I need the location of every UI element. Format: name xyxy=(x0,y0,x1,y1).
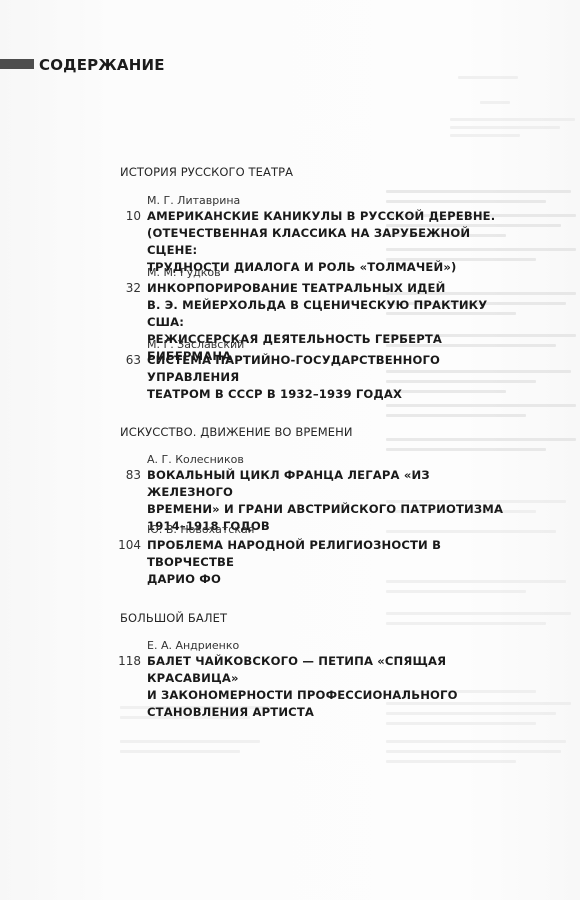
entry-title[interactable]: БАЛЕТ ЧАЙКОВСКОГО — ПЕТИПА «СПЯЩАЯ КРАСА… xyxy=(147,653,517,721)
entry-title[interactable]: ПРОБЛЕМА НАРОДНОЙ РЕЛИГИОЗНОСТИ В ТВОРЧЕ… xyxy=(147,537,517,588)
entry-author: М. М. Гудков xyxy=(147,265,520,280)
toc-entry[interactable]: Е. А. Андриенко 118 БАЛЕТ ЧАЙКОВСКОГО — … xyxy=(100,638,520,721)
entry-author: А. Г. Колесников xyxy=(147,452,520,467)
page-background xyxy=(0,0,580,900)
entry-author: Ю. В. Новохатская xyxy=(147,522,520,537)
section-title: ИСТОРИЯ РУССКОГО ТЕАТРА xyxy=(120,165,293,179)
toc-entry[interactable]: Ю. В. Новохатская 104 ПРОБЛЕМА НАРОДНОЙ … xyxy=(100,522,520,588)
entry-page-number: 104 xyxy=(100,537,147,588)
entry-page-number: 63 xyxy=(100,352,147,403)
entry-title[interactable]: СИСТЕМА ПАРТИЙНО-ГОСУДАРСТВЕННОГО УПРАВЛ… xyxy=(147,352,517,403)
entry-author: М. Г. Литаврина xyxy=(147,193,520,208)
entry-page-number: 118 xyxy=(100,653,147,721)
toc-entry[interactable]: М. Г. Литаврина 10 АМЕРИКАНСКИЕ КАНИКУЛЫ… xyxy=(100,193,520,276)
page-title: СОДЕРЖАНИЕ xyxy=(39,56,165,74)
entry-author: М. Г. Заславский xyxy=(147,337,520,352)
section-marker-bar xyxy=(0,59,34,69)
section-title: БОЛЬШОЙ БАЛЕТ xyxy=(120,611,227,625)
section-title: ИСКУССТВО. ДВИЖЕНИЕ ВО ВРЕМЕНИ xyxy=(120,425,353,439)
entry-author: Е. А. Андриенко xyxy=(147,638,520,653)
toc-entry[interactable]: М. Г. Заславский 63 СИСТЕМА ПАРТИЙНО-ГОС… xyxy=(100,337,520,403)
